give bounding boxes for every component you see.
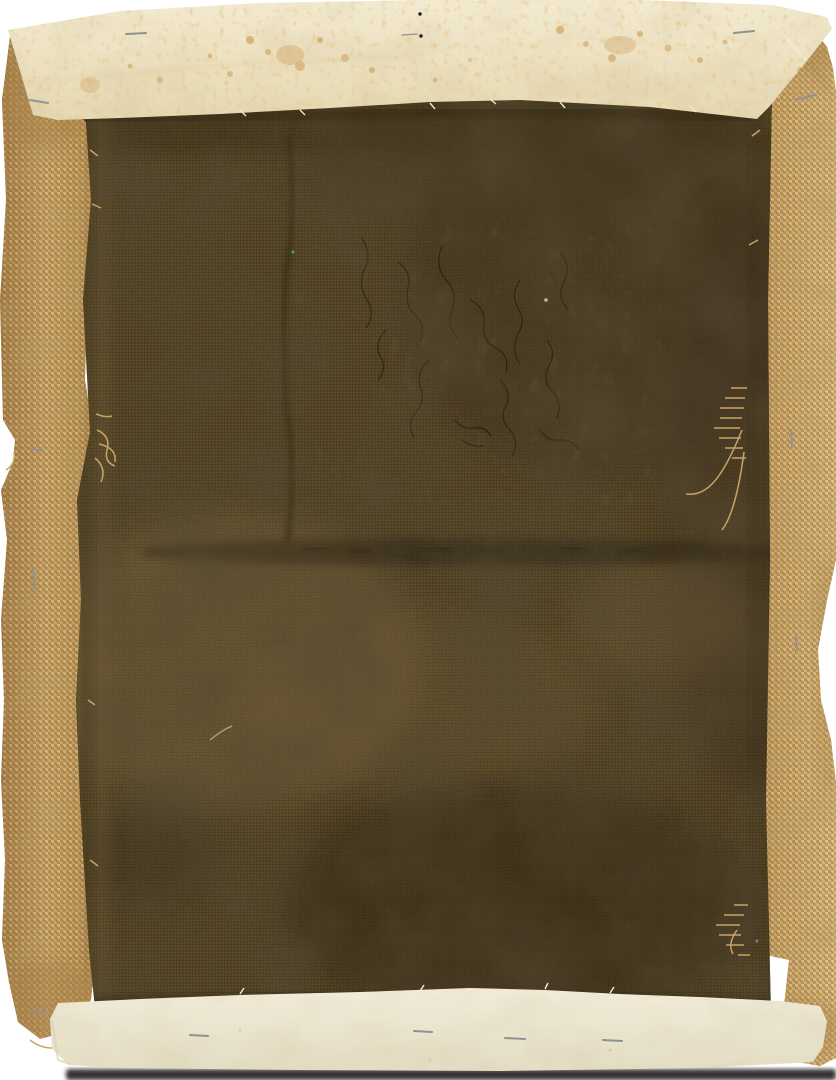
staple: [414, 1031, 432, 1032]
staple: [30, 1011, 48, 1012]
speck: [609, 1049, 612, 1052]
foxing-dot: [246, 36, 254, 44]
foxing-dot: [128, 64, 133, 69]
foxing-dot: [583, 41, 589, 47]
foxing-dot: [265, 49, 271, 55]
staple: [791, 430, 792, 447]
green-speck: [291, 250, 294, 253]
tack-dot: [418, 12, 421, 15]
speck: [429, 1059, 432, 1062]
light-speck: [544, 298, 548, 302]
foxing-dot: [369, 67, 375, 73]
staple: [126, 33, 146, 34]
staple: [505, 1038, 525, 1039]
foxing-dot: [556, 26, 564, 34]
staple: [190, 1035, 208, 1036]
verso-photo-svg: [0, 0, 836, 1080]
tack-dot: [419, 34, 422, 37]
canvas-grain-texture: [55, 90, 775, 1015]
foxing-dot: [157, 77, 163, 83]
foxing-blob: [80, 77, 100, 93]
foxing-dot: [208, 54, 213, 59]
speck: [239, 1029, 242, 1032]
dark-aged-canvas: [34, 90, 836, 1025]
verso-photograph: [0, 0, 836, 1080]
foxing-dot: [608, 54, 616, 62]
blue-thread-speck: [756, 940, 759, 943]
foxing-dot: [227, 71, 233, 77]
foxing-dot: [697, 57, 703, 63]
staple: [796, 637, 797, 650]
staple: [603, 1040, 622, 1041]
foxing-dot: [433, 78, 438, 83]
foxing-dot: [723, 40, 728, 45]
foxing-dot: [317, 37, 323, 43]
foxing-dot: [468, 58, 472, 62]
foxing-dot: [295, 61, 305, 71]
foxing-dot: [637, 31, 643, 37]
